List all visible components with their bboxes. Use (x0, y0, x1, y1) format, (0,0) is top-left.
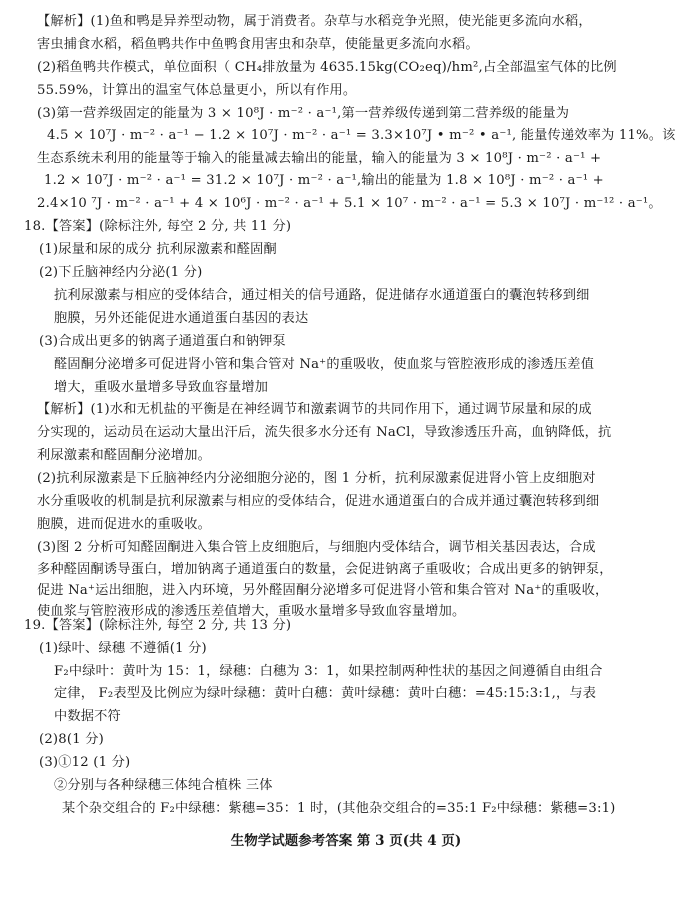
text-line: 18.【答案】(除标注外, 每空 2 分, 共 11 分) (24, 218, 291, 236)
text-line: 醛固酮分泌增多可促进肾小管和集合管对 Na⁺的重吸收，使血浆与管腔液形成的渗透压… (54, 356, 594, 374)
text-line: (1)绿叶、绿穗 不遵循(1 分) (39, 640, 207, 658)
text-line: 【解析】(1)水和无机盐的平衡是在神经调节和激素调节的共同作用下，通过调节尿量和… (37, 401, 592, 419)
text-line: 【解析】(1)鱼和鸭是异养型动物，属于消费者。杂草与水稻竞争光照，使光能更多流向… (37, 13, 592, 31)
text-line: 分实现的，运动员在运动大量出汗后，流失很多水分还有 NaCl，导致渗透压升高，血… (37, 424, 611, 442)
text-line: (2)稻鱼鸭共作模式，单位面积（ CH₄排放量为 4635.15kg(CO₂eq… (37, 59, 617, 77)
text-line: 增大，重吸水量增多导致血容量增加 (54, 379, 268, 397)
page-footer: 生物学试题参考答案 第 3 页(共 4 页) (0, 829, 692, 849)
text-line: (3)①12 (1 分) (39, 754, 130, 772)
document-page: 【解析】(1)鱼和鸭是异养型动物，属于消费者。杂草与水稻竞争光照，使光能更多流向… (0, 0, 692, 912)
text-line: ②分别与各种绿穗三体纯合植株 三体 (54, 777, 273, 795)
text-line: 某个杂交组合的 F₂中绿穗：紫穗=35：1 时，(其他杂交组合的=35:1 F₂… (62, 800, 616, 818)
text-line: F₂中绿叶：黄叶为 15：1，绿穗：白穗为 3：1，如果控制两种性状的基因之间遵… (54, 663, 603, 681)
text-line: (3)图 2 分析可知醛固酮进入集合管上皮细胞后，与细胞内受体结合，调节相关基因… (37, 539, 596, 557)
text-line: 1.2 × 10⁷J · m⁻² · a⁻¹ = 31.2 × 10⁷J · m… (44, 172, 604, 190)
text-line: 多种醛固酮诱导蛋白，增加钠离子通道蛋白的数量，会促进钠离子重吸收；合成出更多的钠… (37, 561, 613, 579)
text-line: 水分重吸收的机制是抗利尿激素与相应的受体结合，促进水通道蛋白的合成并通过囊泡转移… (37, 493, 599, 511)
text-line: 胞膜，进而促进水的重吸收。 (37, 516, 211, 534)
text-line: 2.4×10 ⁷J · m⁻² · a⁻¹ + 4 × 10⁶J · m⁻² ·… (37, 195, 662, 213)
text-line: 抗利尿激素与相应的受体结合，通过相关的信号通路，促进储存水通道蛋白的囊泡转移到细 (54, 287, 590, 305)
text-line: 19.【答案】(除标注外, 每空 2 分, 共 13 分) (24, 617, 291, 635)
text-line: 促进 Na⁺运出细胞，进入内环境，另外醛固酮分泌增多可促进肾小管和集合管对 Na… (37, 582, 608, 600)
text-line: 中数据不符 (54, 708, 121, 726)
text-line: 利尿激素和醛固酮分泌增加。 (37, 447, 211, 465)
text-line: (2)下丘脑神经内分泌(1 分) (39, 264, 202, 282)
text-line: 生态系统未利用的能量等于输入的能量减去输出的能量，输入的能量为 3 × 10⁸J… (37, 150, 601, 168)
text-line: 胞膜，另外还能促进水通道蛋白基因的表达 (54, 310, 308, 328)
text-line: (3)合成出更多的钠离子通道蛋白和钠钾泵 (39, 333, 286, 351)
text-line: (2)抗利尿激素是下丘脑神经内分泌细胞分泌的，图 1 分析，抗利尿激素促进肾小管… (37, 470, 596, 488)
text-line: 定律， F₂表型及比例应为绿叶绿穗：黄叶白穗：黄叶绿穗：黄叶白穗：=45:15:… (54, 685, 596, 703)
text-line: 55.59%，计算出的温室气体总量更小，所以有作用。 (37, 82, 356, 100)
text-line: 4.5 × 10⁷J · m⁻² · a⁻¹ − 1.2 × 10⁷J · m⁻… (47, 127, 676, 145)
text-line: 害虫捕食水稻，稻鱼鸭共作中鱼鸭食用害虫和杂草，使能量更多流向水稻。 (37, 36, 479, 54)
text-line: (1)尿量和尿的成分 抗利尿激素和醛固酮 (39, 241, 277, 259)
text-line: (2)8(1 分) (39, 731, 104, 749)
text-line: (3)第一营养级固定的能量为 3 × 10⁸J · m⁻² · a⁻¹,第一营养… (37, 105, 569, 123)
